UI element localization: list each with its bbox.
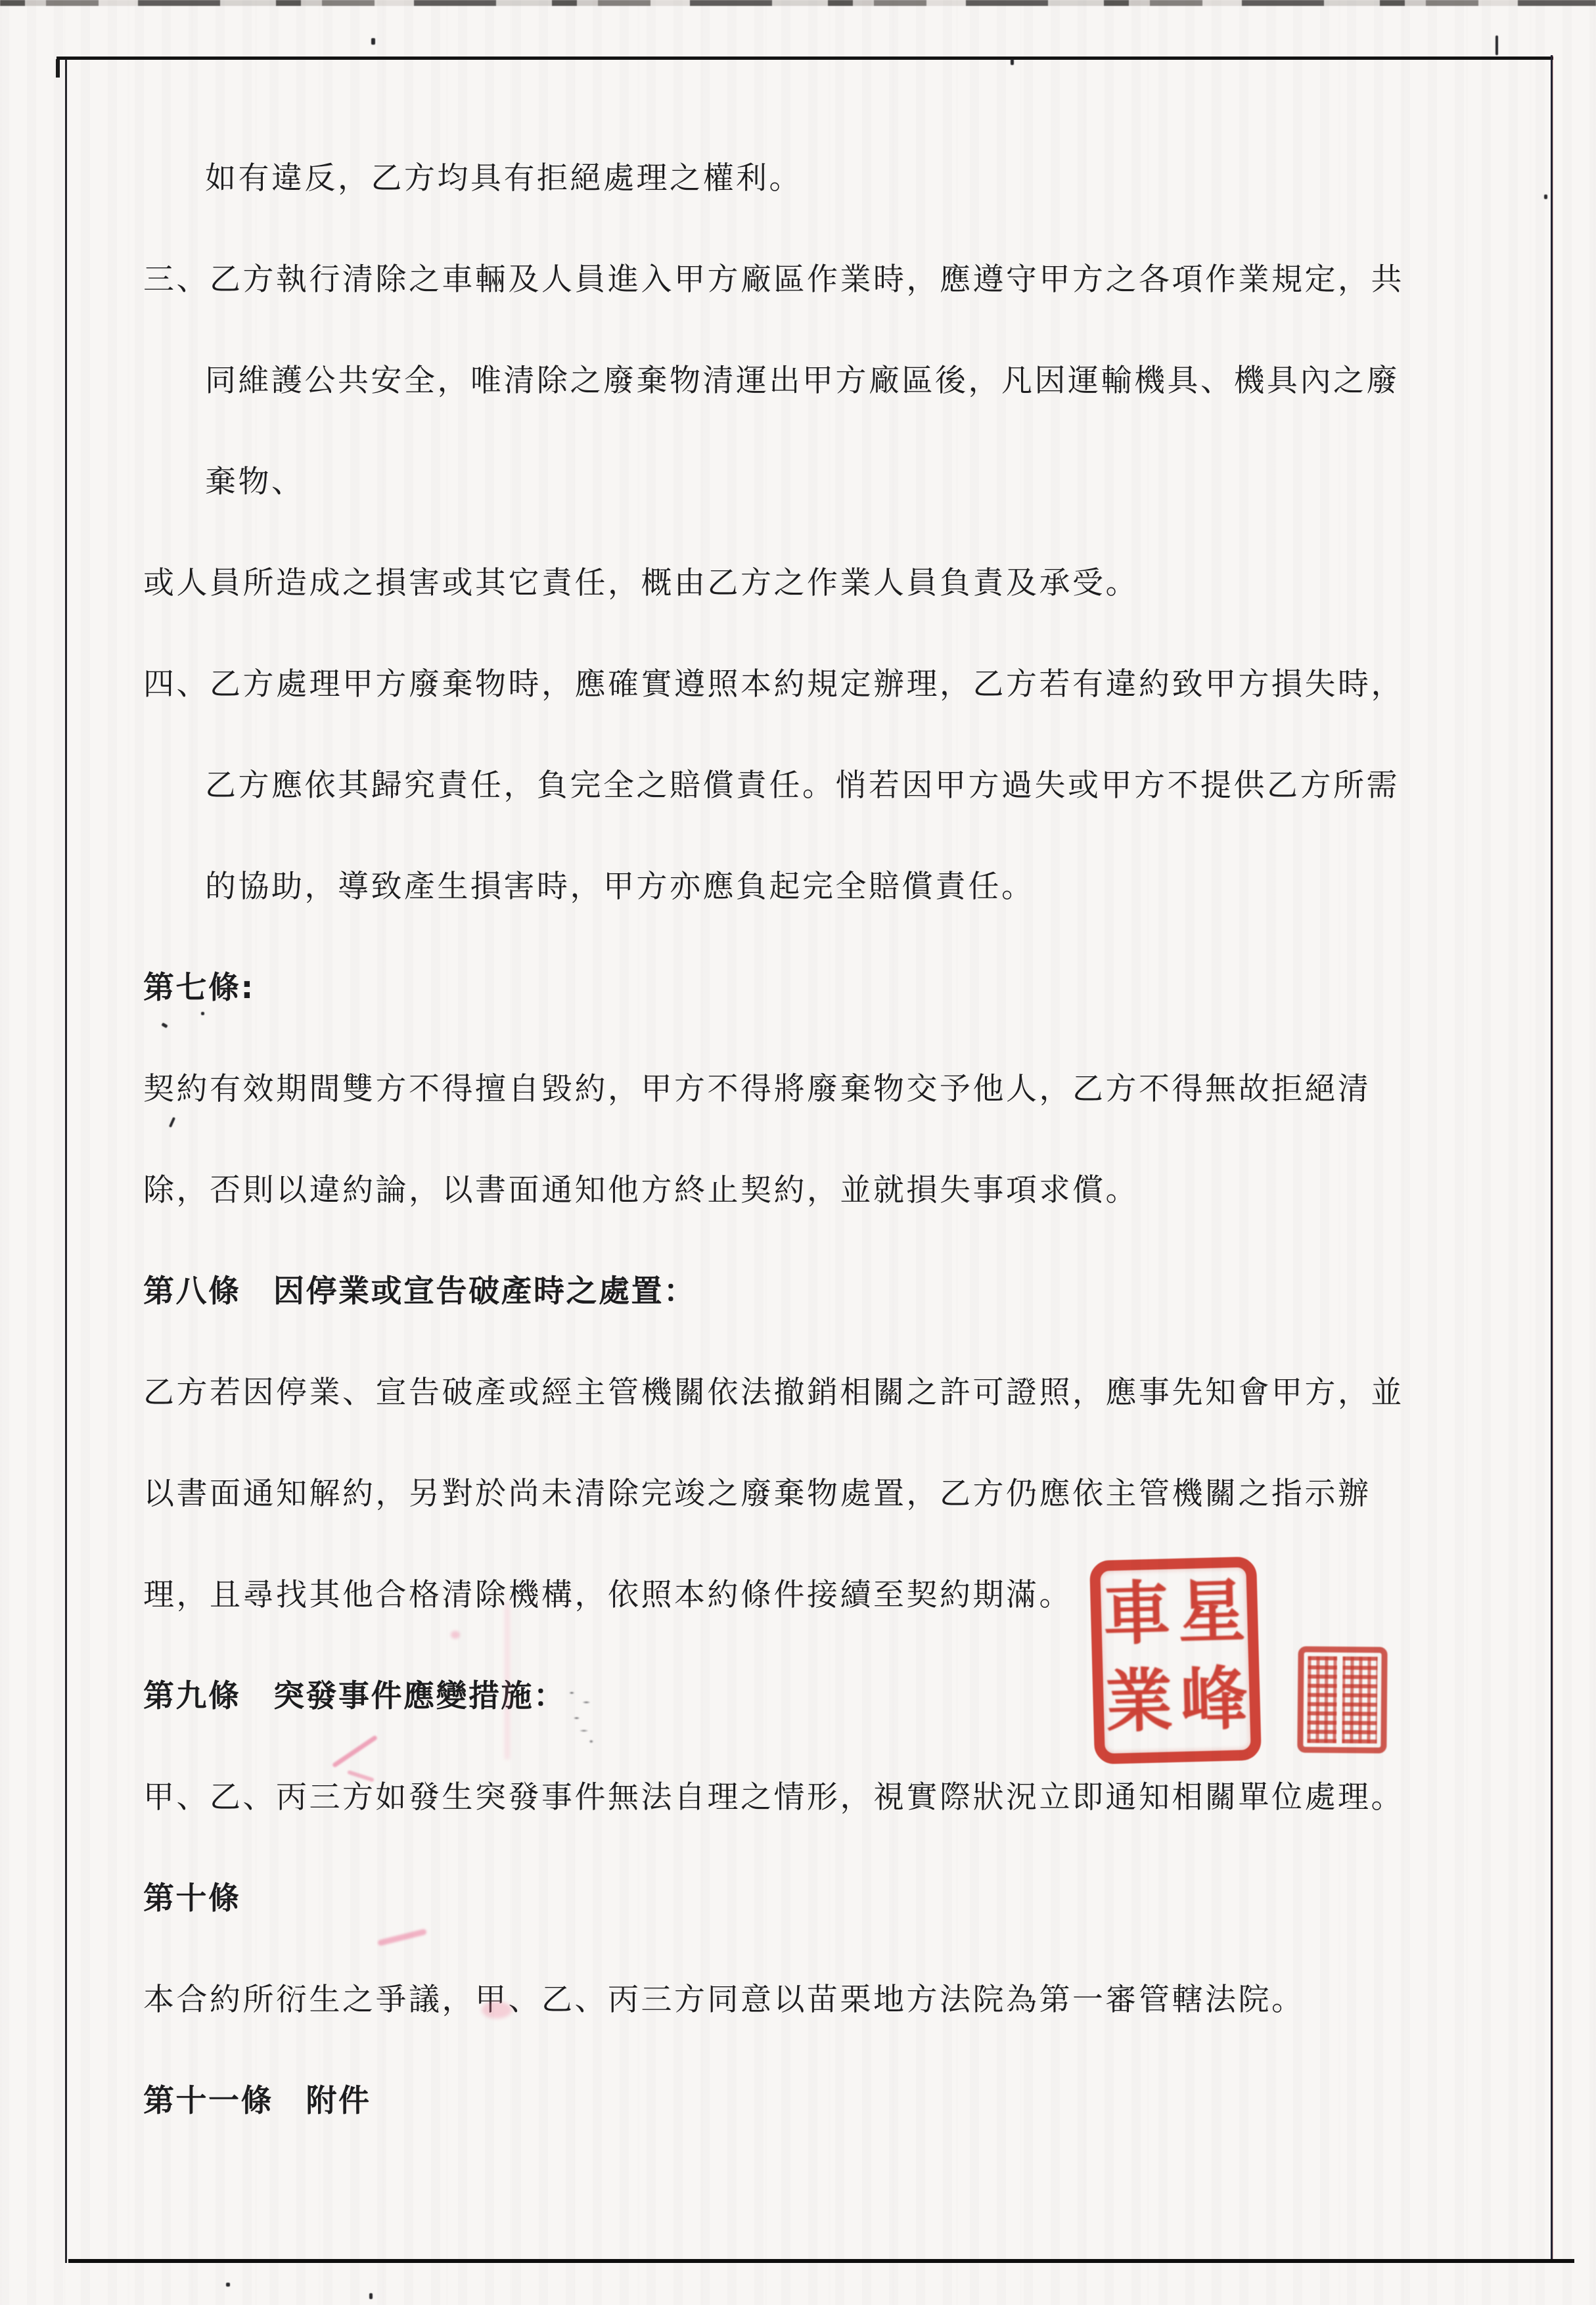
scan-speck <box>1544 194 1547 199</box>
company-seal-left-column: 車 業 <box>1101 1570 1174 1746</box>
text-line: 第七條: <box>143 971 255 1005</box>
text-line: 理，且尋找其他合格清除機構，依照本約條件接續至契約期滿。 <box>143 1578 1072 1612</box>
seal-char: 星 <box>1177 1568 1246 1658</box>
text-line: 第十一條 附件 <box>143 2084 371 2118</box>
scan-speck <box>201 1012 204 1015</box>
text-line: 乙方應依其歸究責任，負完全之賠償責任。悄若因甲方過失或甲方不提供乙方所需 <box>205 769 1400 803</box>
scan-speck <box>371 38 375 45</box>
seal-char: 車 <box>1102 1570 1172 1660</box>
text-line: 四、乙方處理甲方廢棄物時，應確實遵照本約規定辦理，乙方若有違約致甲方損失時， <box>143 668 1404 702</box>
personal-seal-stamp <box>1297 1646 1387 1753</box>
text-line: 的協助，導致產生損害時，甲方亦應負起完全賠償責任。 <box>205 870 1035 904</box>
scan-speck <box>169 1117 175 1128</box>
scan-speck <box>369 2293 373 2299</box>
gray-scribble-mark <box>557 1683 606 1746</box>
pink-streak <box>505 1602 510 1760</box>
text-line: 除，否則以違約論，以書面通知他方終止契約，並就損失事項求償。 <box>143 1174 1139 1208</box>
page-border-top <box>57 57 1553 60</box>
scan-speck <box>161 1022 168 1028</box>
text-line: 或人員所造成之損害或其它責任，概由乙方之作業人員負責及承受。 <box>143 566 1139 601</box>
text-line: 如有違反，乙方均具有拒絕處理之權利。 <box>205 162 802 196</box>
text-line: 同維護公共安全，唯清除之廢棄物清運出甲方廠區後，凡因運輸機具、機具內之廢 <box>205 364 1400 398</box>
text-line: 棄物、 <box>205 465 305 499</box>
pink-pen-mark <box>377 1928 427 1946</box>
text-line: 第八條 因停業或宣告破產時之處置： <box>143 1275 696 1309</box>
company-seal-stamp: 星 峰 車 業 <box>1089 1557 1262 1765</box>
scan-speck <box>1495 35 1498 55</box>
pink-smudge <box>482 2001 512 2019</box>
pink-pen-mark <box>332 1735 378 1768</box>
pink-dot <box>451 1631 460 1639</box>
seal-script-texture <box>1307 1656 1377 1744</box>
text-line: 契約有效期間雙方不得擅自毀約，甲方不得將廢棄物交予他人，乙方不得無故拒絕清 <box>143 1072 1371 1107</box>
scan-speck <box>1011 59 1014 65</box>
page-border-right <box>1551 55 1553 2263</box>
seal-char: 峰 <box>1179 1655 1249 1745</box>
text-line: 第九條 突發事件應變措施： <box>143 1679 566 1714</box>
company-seal-right-column: 星 峰 <box>1176 1568 1249 1745</box>
page-border-left <box>65 59 67 2263</box>
text-line: 以書面通知解約，另對於尚未清除完竣之廢棄物處置，乙方仍應依主管機關之指示辦 <box>143 1477 1371 1511</box>
scan-speck <box>226 2283 230 2287</box>
seal-char: 業 <box>1105 1656 1174 1747</box>
page-border-corner <box>56 59 60 78</box>
text-line: 本合約所衍生之爭議，甲、乙、丙三方同意以苗栗地方法院為第一審管轄法院。 <box>143 1983 1305 2017</box>
scan-artifact-top-edge <box>0 0 1596 6</box>
scanned-contract-page: { "colors": { "paper": "#f8f6f4", "ink":… <box>0 0 1596 2305</box>
text-line: 第十條 <box>143 1882 241 1916</box>
text-line: 三、乙方執行清除之車輛及人員進入甲方廠區作業時，應遵守甲方之各項作業規定，共 <box>143 263 1404 297</box>
text-line: 乙方若因停業、宣告破產或經主管機關依法撤銷相關之許可證照，應事先知會甲方，並 <box>143 1376 1404 1410</box>
page-border-bottom <box>68 2259 1574 2263</box>
text-line: 甲、乙、丙三方如發生突發事件無法自理之情形，視實際狀況立即通知相關單位處理。 <box>143 1781 1404 1815</box>
